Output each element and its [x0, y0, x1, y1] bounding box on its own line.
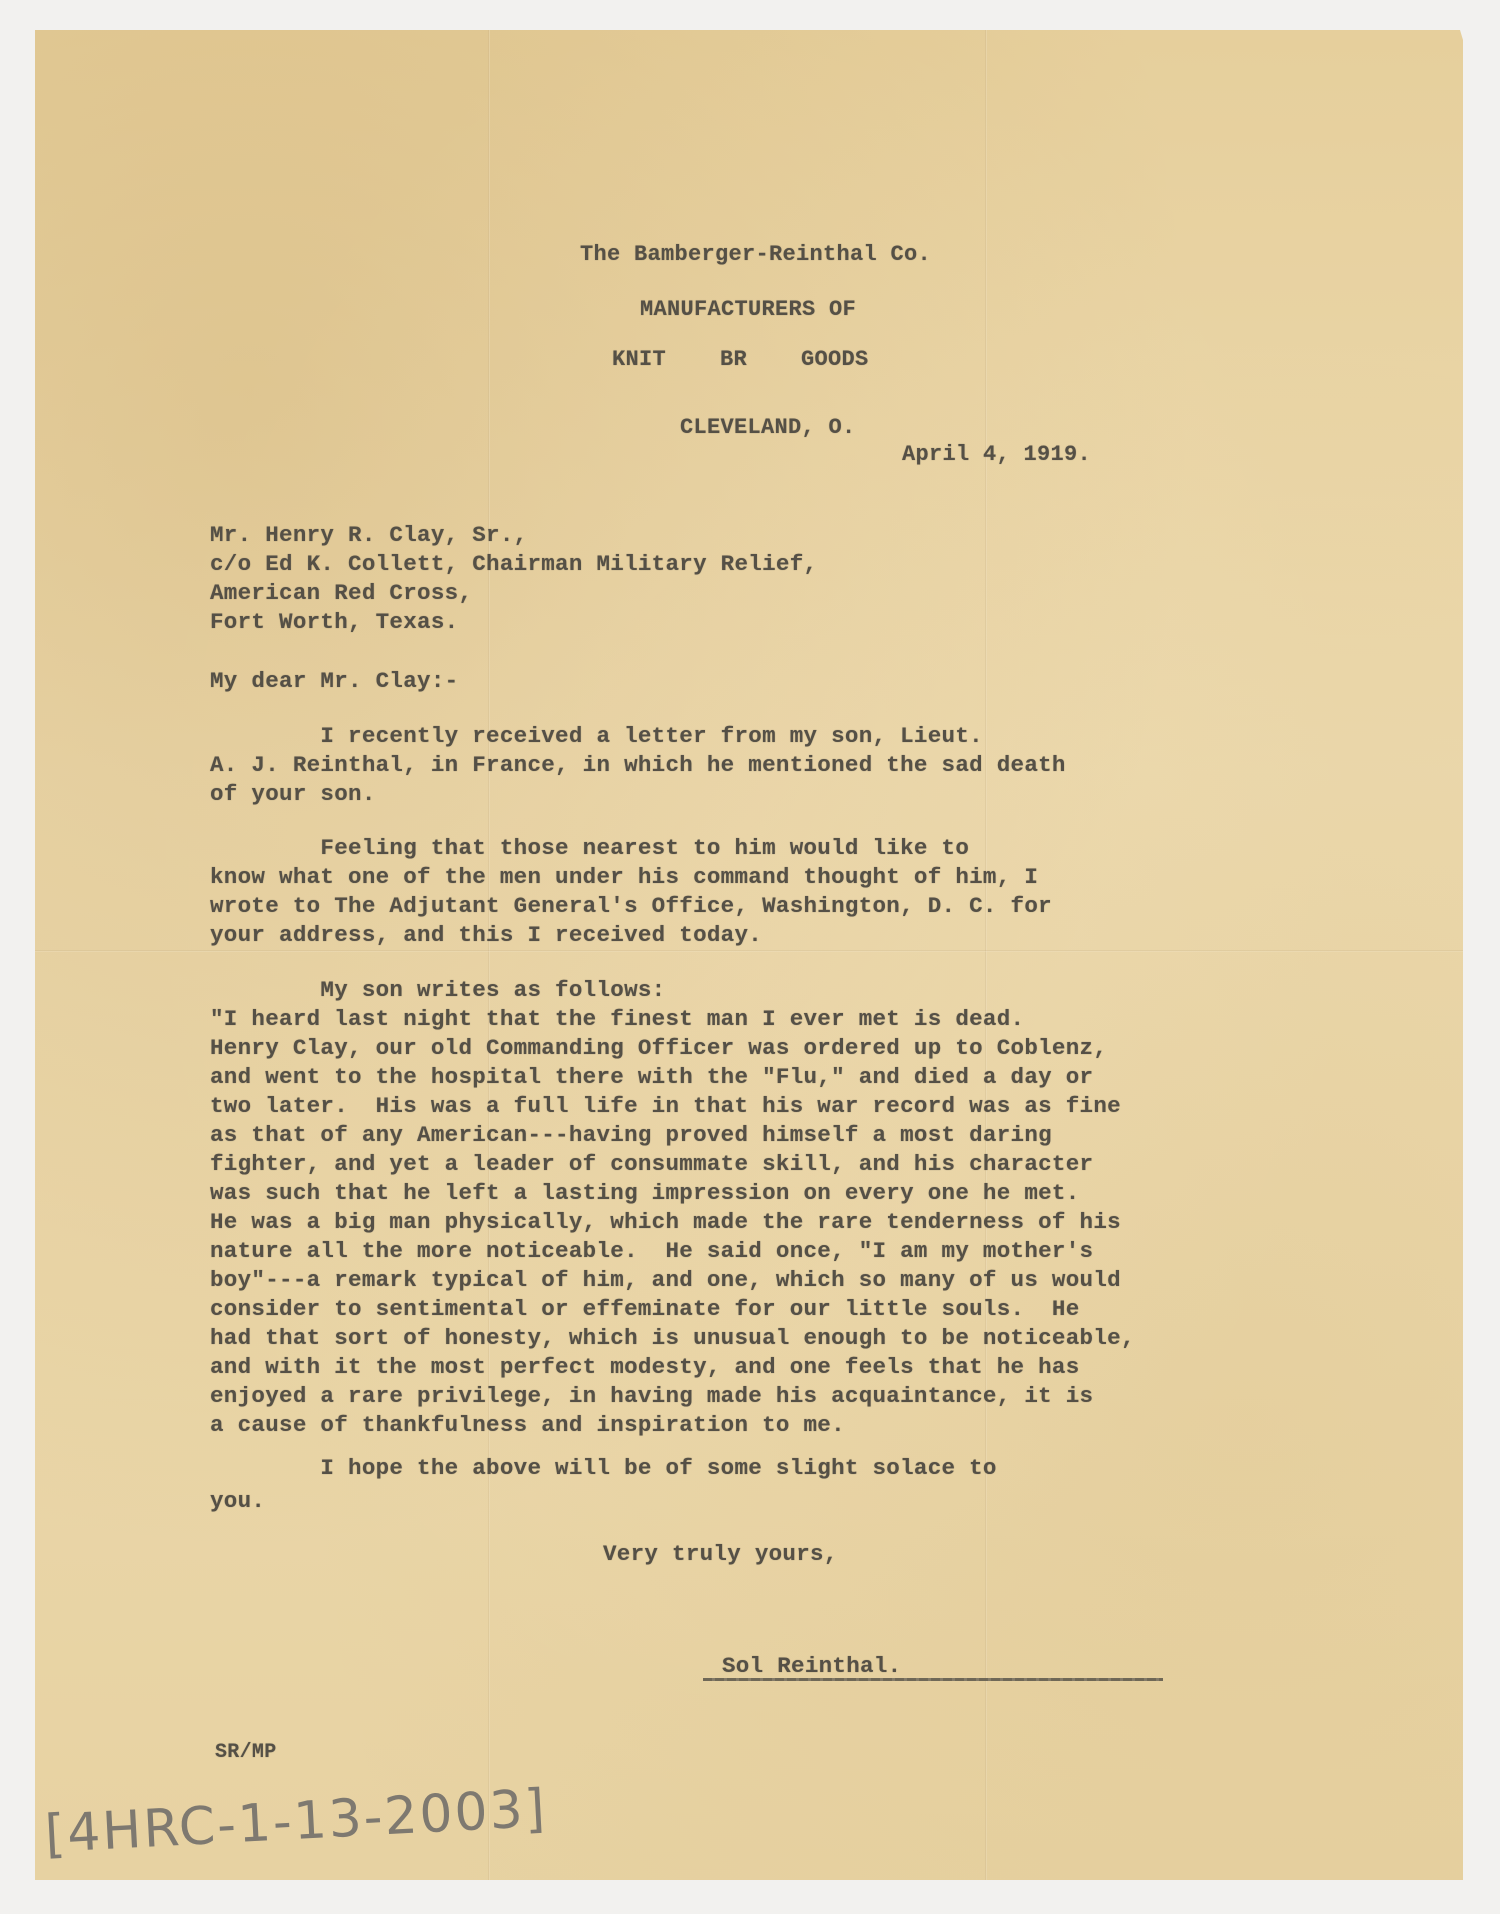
- quote-line: consider to sentimental or effeminate fo…: [210, 1295, 1080, 1324]
- fold-line-horizontal: [35, 950, 1463, 952]
- body-line: of your son.: [210, 780, 376, 809]
- recipient-line: Mr. Henry R. Clay, Sr.,: [210, 521, 527, 550]
- scanned-document: The Bamberger-Reinthal Co. MANUFACTURERS…: [0, 0, 1500, 1914]
- recipient-line: American Red Cross,: [210, 579, 472, 608]
- quote-line: Henry Clay, our old Commanding Officer w…: [210, 1034, 1107, 1063]
- body-line: I hope the above will be of some slight …: [210, 1454, 997, 1483]
- quote-line: He was a big man physically, which made …: [210, 1208, 1121, 1237]
- company-products: KNIT BR GOODS: [612, 345, 869, 374]
- quote-line: had that sort of honesty, which is unusu…: [210, 1324, 1135, 1353]
- recipient-line: c/o Ed K. Collett, Chairman Military Rel…: [210, 550, 817, 579]
- company-tagline: MANUFACTURERS OF: [640, 295, 856, 324]
- signature-underline: [703, 1678, 1163, 1681]
- recipient-line: Fort Worth, Texas.: [210, 608, 458, 637]
- salutation: My dear Mr. Clay:-: [210, 667, 458, 696]
- body-line: A. J. Reinthal, in France, in which he m…: [210, 751, 1066, 780]
- company-city: CLEVELAND, O.: [680, 413, 856, 442]
- fold-line-vertical-right: [985, 30, 987, 1880]
- body-line: know what one of the men under his comma…: [210, 863, 1038, 892]
- body-line: you.: [210, 1487, 265, 1516]
- quote-line: fighter, and yet a leader of consummate …: [210, 1150, 1093, 1179]
- quote-line: as that of any American---having proved …: [210, 1121, 1052, 1150]
- company-name: The Bamberger-Reinthal Co.: [580, 240, 931, 269]
- quote-line: two later. His was a full life in that h…: [210, 1092, 1121, 1121]
- signature-name: Sol Reinthal.: [722, 1652, 901, 1681]
- quote-line: nature all the more noticeable. He said …: [210, 1237, 1093, 1266]
- complimentary-close: Very truly yours,: [603, 1540, 838, 1569]
- quote-line: and with it the most perfect modesty, an…: [210, 1353, 1080, 1382]
- quote-line: and went to the hospital there with the …: [210, 1063, 1093, 1092]
- letter-date: April 4, 1919.: [902, 440, 1091, 469]
- quote-line: enjoyed a rare privilege, in having made…: [210, 1382, 1093, 1411]
- quote-line: "I heard last night that the finest man …: [210, 1005, 1024, 1034]
- quote-line: a cause of thankfulness and inspiration …: [210, 1411, 845, 1440]
- body-line: wrote to The Adjutant General's Office, …: [210, 892, 1052, 921]
- quote-line: was such that he left a lasting impressi…: [210, 1179, 1080, 1208]
- fold-line-vertical-left: [488, 30, 490, 1880]
- body-line: Feeling that those nearest to him would …: [210, 834, 969, 863]
- body-line: I recently received a letter from my son…: [210, 722, 983, 751]
- quote-intro: My son writes as follows:: [210, 976, 665, 1005]
- body-line: your address, and this I received today.: [210, 921, 762, 950]
- typist-initials: SR/MP: [215, 1738, 277, 1767]
- quote-line: boy"---a remark typical of him, and one,…: [210, 1266, 1121, 1295]
